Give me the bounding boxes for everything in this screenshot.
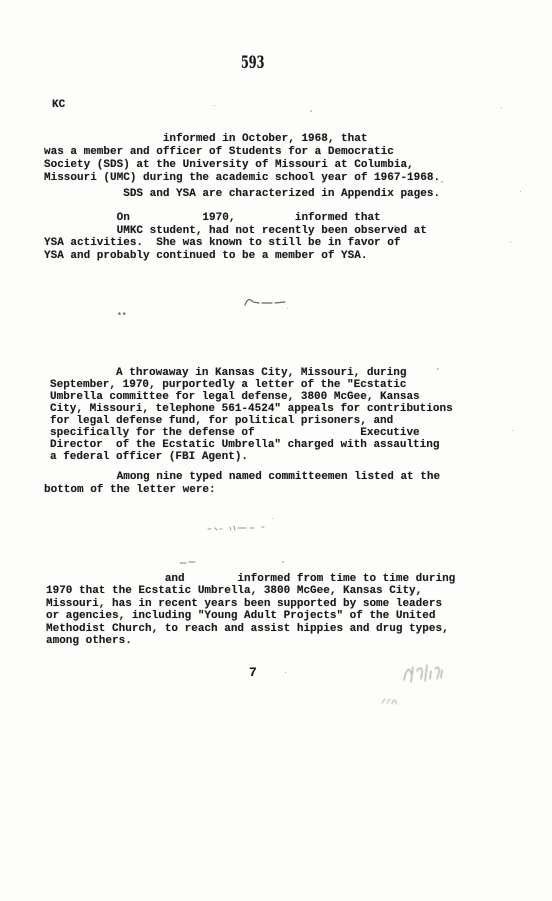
paragraph-sds-membership: informed in October, 1968, that was a me… <box>44 133 440 185</box>
page-number-bottom: 7 <box>249 666 257 679</box>
paragraph-committeemen-intro: Among nine typed named committeemen list… <box>44 471 440 496</box>
scan-speck <box>510 242 511 243</box>
small-handwriting-mark <box>380 694 402 708</box>
paragraph-appendix-note: SDS and YSA are characterized in Appendi… <box>44 188 440 201</box>
erased-text-mark <box>206 523 272 533</box>
office-code: KC <box>52 99 65 112</box>
page-number-top: 593 <box>241 55 264 72</box>
scan-speck <box>285 672 286 673</box>
scan-speck <box>282 561 284 563</box>
scan-speck <box>287 308 288 309</box>
scan-speck <box>214 105 215 106</box>
scan-speck <box>520 191 521 192</box>
handwriting-scribble <box>400 658 448 690</box>
scan-speck <box>310 110 312 112</box>
scan-speck <box>437 368 439 370</box>
scan-speck <box>394 225 396 227</box>
scan-speck <box>501 107 502 108</box>
scanned-document-page: 593 KC informed in October, 1968, that w… <box>0 0 552 901</box>
paragraph-throwaway-letter: A throwaway in Kansas City, Missouri, du… <box>50 367 453 463</box>
scan-speck <box>272 518 273 519</box>
squiggle-mark <box>243 296 289 310</box>
paragraph-ysa-observation: On 1970, informed that UMKC student, had… <box>44 212 427 262</box>
paragraph-umbrella-support: and informed from time to time during 19… <box>46 573 455 647</box>
asterisk-margin-mark: ** <box>117 313 127 321</box>
scan-speck <box>60 430 61 431</box>
dash-mark <box>178 558 200 566</box>
scan-speck <box>512 430 513 431</box>
scan-speck <box>441 181 443 183</box>
